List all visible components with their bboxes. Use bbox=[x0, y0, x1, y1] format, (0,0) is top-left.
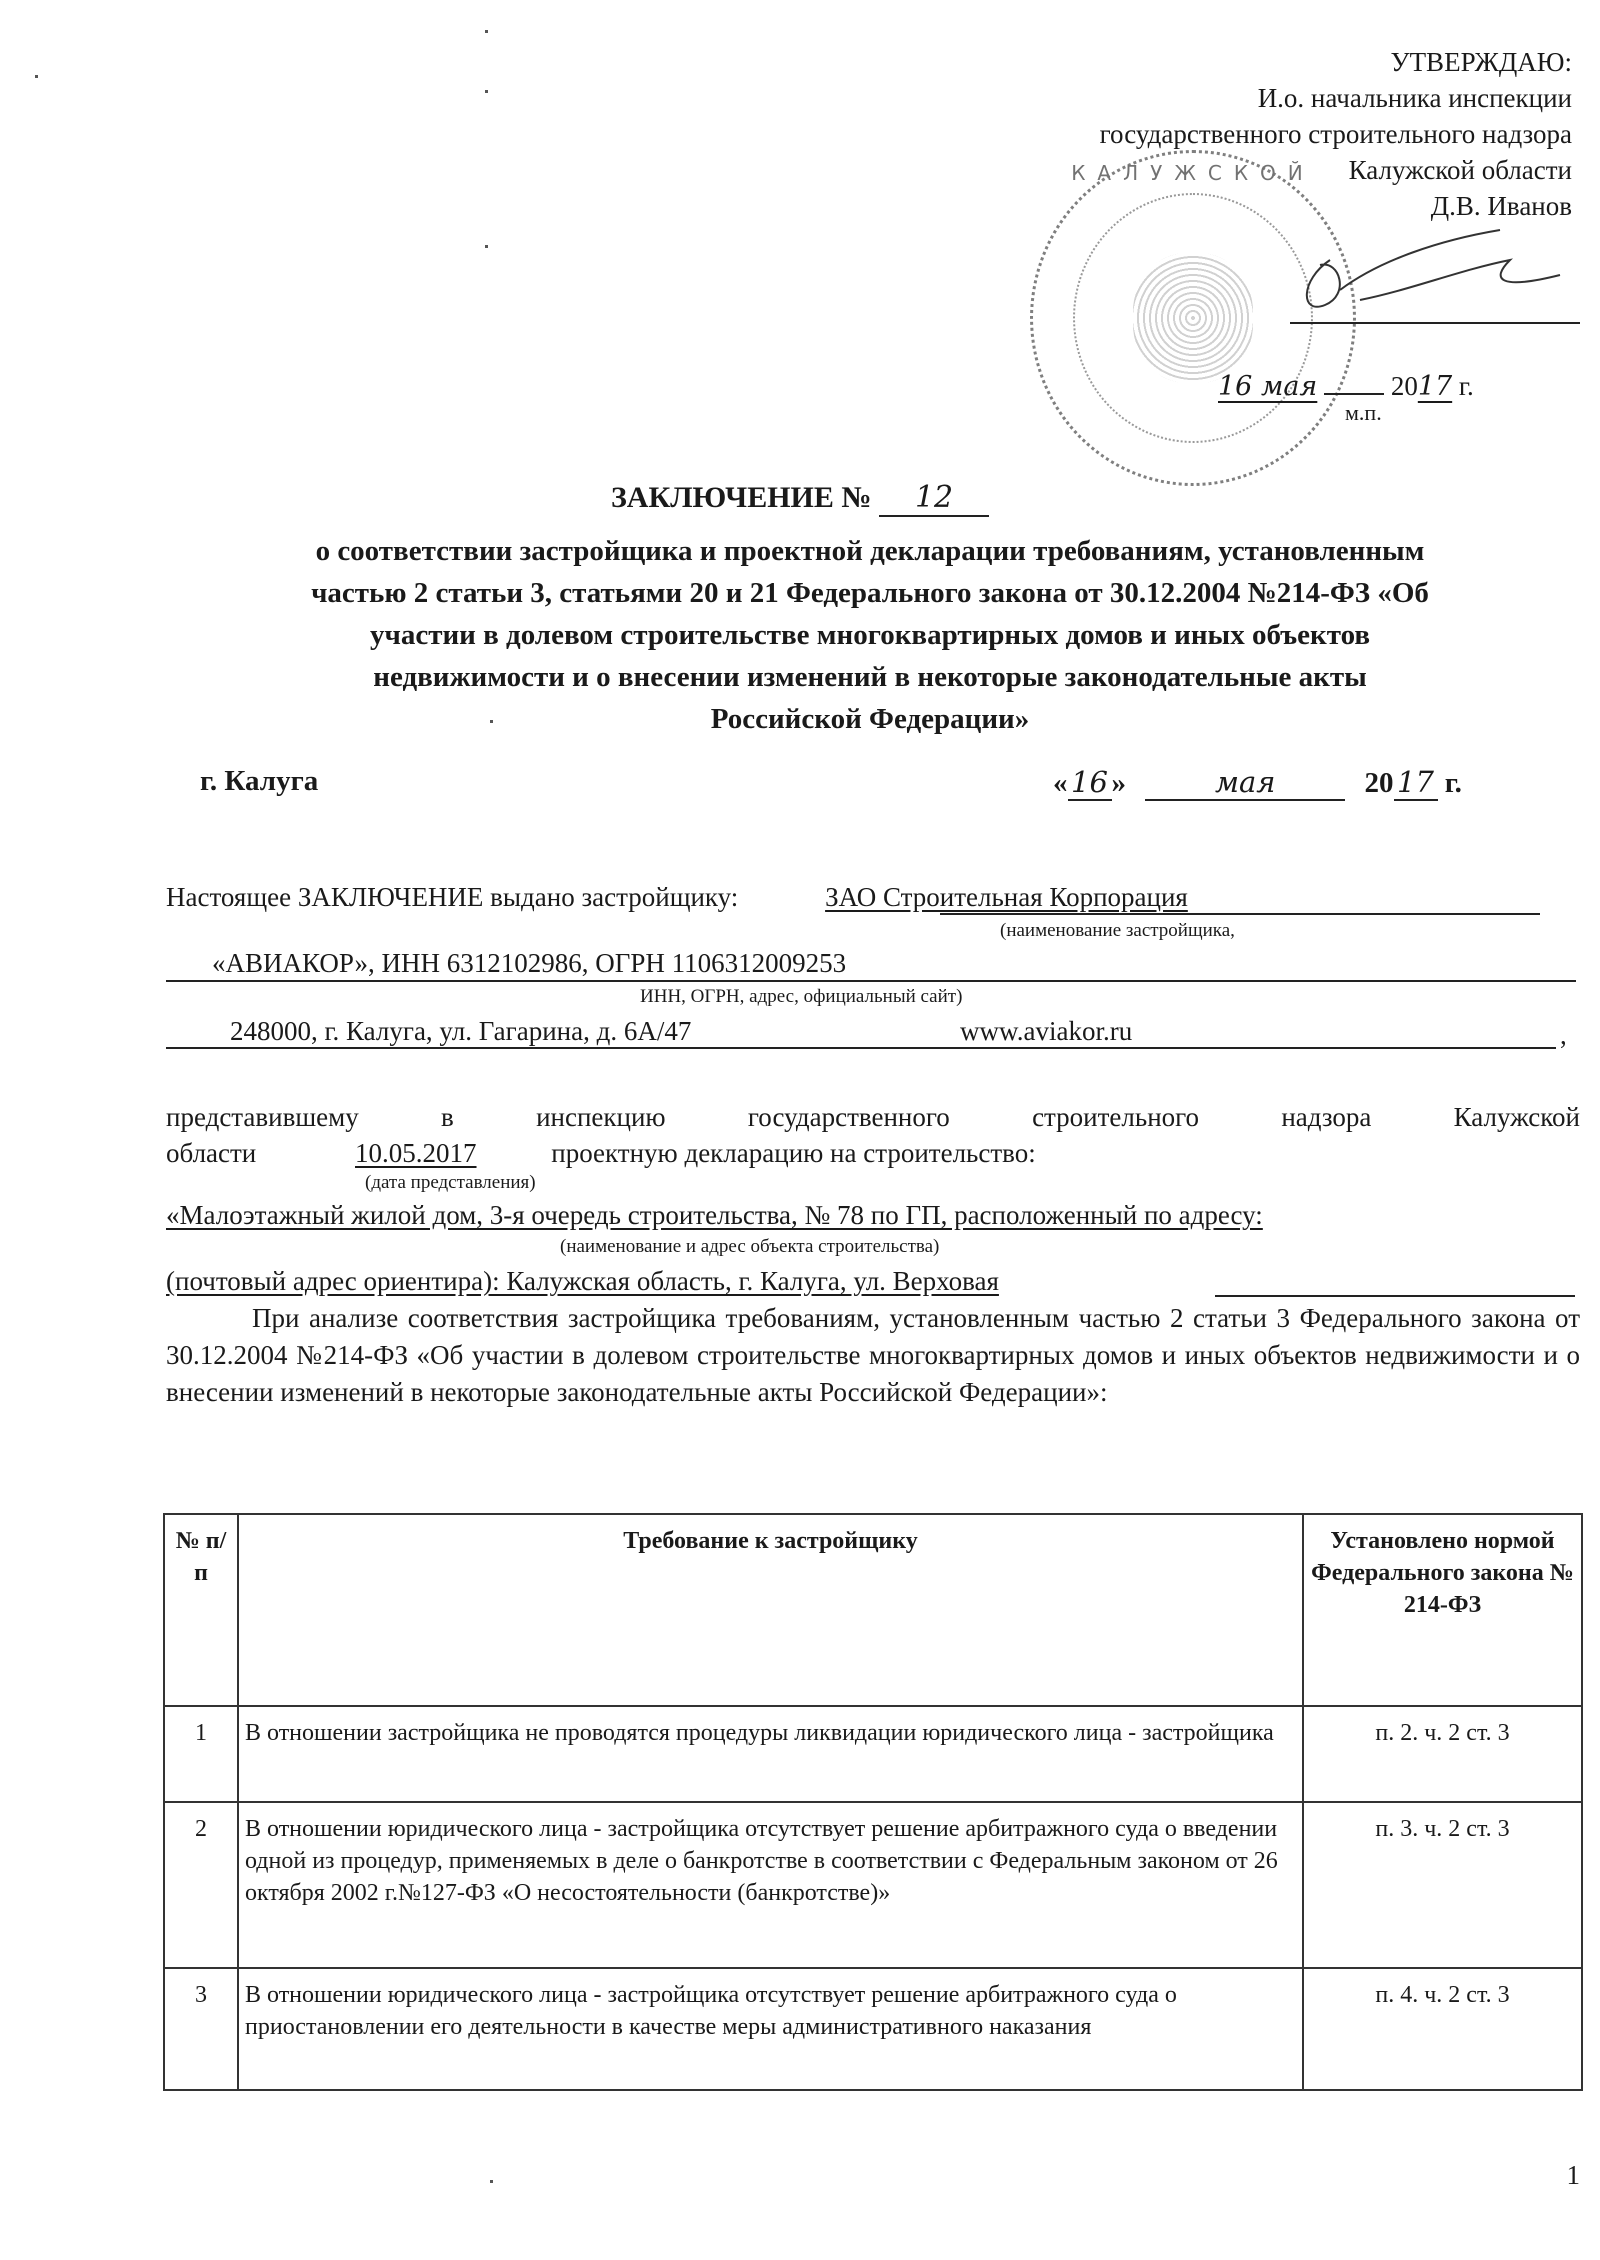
row-requirement: В отношении застройщика не проводятся пр… bbox=[238, 1706, 1303, 1802]
table-row: 3 В отношении юридического лица - застро… bbox=[164, 1968, 1582, 2090]
date-year: 17 bbox=[1394, 765, 1438, 801]
table-row: 1 В отношении застройщика не проводятся … bbox=[164, 1706, 1582, 1802]
submission-line2: области 10.05.2017 проектную декларацию … bbox=[166, 1136, 1036, 1170]
col-header-law-reference: Установлено нормой Федерального закона №… bbox=[1303, 1514, 1582, 1706]
submission-date: 10.05.2017 bbox=[335, 1138, 497, 1168]
document-date: «16» мая 2017 г. bbox=[1053, 765, 1462, 801]
stamp-place-label: м.п. bbox=[1345, 400, 1382, 426]
col-header-requirement: Требование к застройщику bbox=[238, 1514, 1303, 1706]
row-number: 2 bbox=[164, 1802, 238, 1968]
submission-line1: представившему в инспекцию государственн… bbox=[166, 1100, 1580, 1134]
postal-address: (почтовый адрес ориентира): Калужская об… bbox=[166, 1264, 999, 1298]
developer-website[interactable]: www.aviakor.ru bbox=[960, 1014, 1132, 1048]
city-label: г. Калуга bbox=[200, 765, 318, 798]
approval-date: 16 мая 2017 г. bbox=[1218, 371, 1474, 402]
row-law-reference: п. 3. ч. 2 ст. 3 bbox=[1303, 1802, 1582, 1968]
date-month: мая bbox=[1145, 765, 1345, 801]
approval-line: Калужской области bbox=[1100, 152, 1572, 188]
developer-address: 248000, г. Калуга, ул. Гагарина, д. 6А/4… bbox=[230, 1014, 691, 1048]
approval-block: УТВЕРЖДАЮ: И.о. начальника инспекции гос… bbox=[1100, 44, 1572, 224]
table-header-row: № п/п Требование к застройщику Установле… bbox=[164, 1514, 1582, 1706]
table-row: 2 В отношении юридического лица - застро… bbox=[164, 1802, 1582, 1968]
requirements-table: № п/п Требование к застройщику Установле… bbox=[163, 1513, 1583, 2091]
analysis-paragraph: При анализе соответствия застройщика тре… bbox=[166, 1300, 1580, 1411]
developer-ids: «АВИАКОР», ИНН 6312102986, ОГРН 11063120… bbox=[212, 946, 846, 980]
scan-artifact bbox=[485, 245, 488, 248]
scan-artifact bbox=[35, 75, 38, 78]
scan-artifact bbox=[485, 30, 488, 33]
scan-artifact bbox=[490, 2180, 493, 2183]
approval-line: И.о. начальника инспекции bbox=[1100, 80, 1572, 116]
document-subtitle: о соответствии застройщика и проектной д… bbox=[160, 530, 1580, 740]
page-number: 1 bbox=[1567, 2160, 1581, 2191]
approver-name: Д.В. Иванов bbox=[1100, 188, 1572, 224]
date-day: 16 bbox=[1068, 765, 1112, 801]
coat-of-arms-icon bbox=[1133, 253, 1253, 383]
scan-artifact bbox=[485, 90, 488, 93]
row-requirement: В отношении юридического лица - застройщ… bbox=[238, 1968, 1303, 2090]
row-number: 3 bbox=[164, 1968, 238, 2090]
row-number: 1 bbox=[164, 1706, 238, 1802]
signature-icon bbox=[1260, 220, 1580, 320]
hint-ids: ИНН, ОГРН, адрес, официальный сайт) bbox=[640, 986, 962, 1008]
construction-object: «Малоэтажный жилой дом, 3-я очередь стро… bbox=[166, 1198, 1263, 1232]
row-law-reference: п. 2. ч. 2 ст. 3 bbox=[1303, 1706, 1582, 1802]
document-number: 12 bbox=[879, 480, 989, 517]
hint-object: (наименование и адрес объекта строительс… bbox=[560, 1236, 939, 1258]
hint-developer-name: (наименование застройщика, bbox=[1000, 920, 1235, 942]
scan-artifact bbox=[490, 720, 493, 723]
row-law-reference: п. 4. ч. 2 ст. 3 bbox=[1303, 1968, 1582, 2090]
col-header-number: № п/п bbox=[164, 1514, 238, 1706]
issued-intro: Настоящее ЗАКЛЮЧЕНИЕ выдано застройщику:… bbox=[166, 880, 1188, 914]
signature-line bbox=[1290, 322, 1580, 324]
approval-line: государственного строительного надзора bbox=[1100, 116, 1572, 152]
row-requirement: В отношении юридического лица - застройщ… bbox=[238, 1802, 1303, 1968]
document-title: ЗАКЛЮЧЕНИЕ № 12 bbox=[0, 480, 1600, 517]
approval-date-year: 17 bbox=[1418, 371, 1452, 402]
approval-heading: УТВЕРЖДАЮ: bbox=[1100, 44, 1572, 80]
approval-date-day-month: 16 мая bbox=[1218, 371, 1317, 402]
hint-submission-date: (дата представления) bbox=[365, 1172, 536, 1194]
developer-name: ЗАО Строительная Корпорация bbox=[825, 882, 1188, 912]
